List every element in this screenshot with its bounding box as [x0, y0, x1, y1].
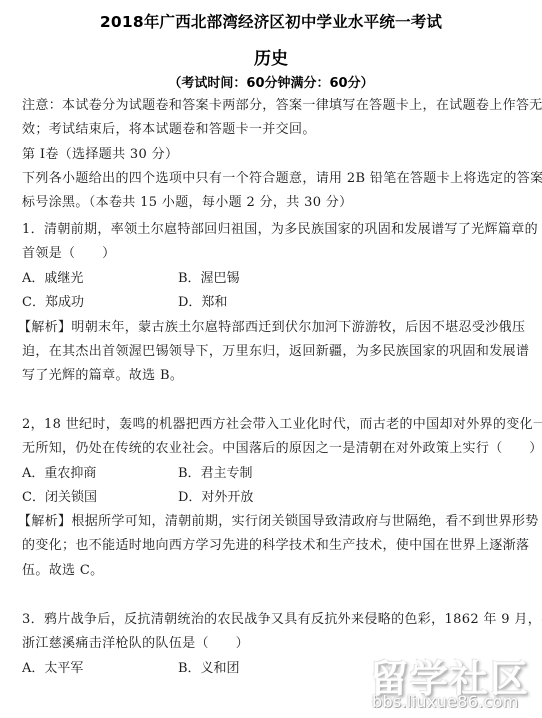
question-2-option-c: C．闭关锁国 — [22, 490, 97, 506]
question-1-stem: 1．清朝前期，率领土尔扈特部回归祖国，为多民族国家的巩固和发展谱写了光辉篇章的 — [22, 222, 538, 238]
question-2-stem: 无所知，仍处在传统的农业社会。中国落后的原因之一是清朝在对外政策上实行（ ） — [22, 441, 542, 457]
question-1-stem: 首领是（ ） — [22, 246, 115, 262]
question-3-option-b: B．义和团 — [178, 661, 240, 677]
question-1-option-d: D．郑和 — [178, 295, 227, 311]
question-2-stem: 2，18 世纪时，轰鸣的机器把西方社会带入工业化时代，而古老的中国却对外界的变化… — [22, 417, 542, 433]
question-1-analysis: 迫，在其杰出首领渥巴锡领导下，万里东归，返回新疆，为多民族国家的巩固和发展谱 — [22, 344, 529, 360]
question-1-option-c: C．郑成功 — [22, 295, 84, 311]
exam-info: （考试时间：60分钟满分：60分） — [0, 72, 542, 91]
question-2-analysis: 的变化；也不能适时地向西方学习先进的科学技术和生产技术，使中国在世界上逐渐落 — [22, 538, 529, 554]
watermark-logo-text: 留学社区 — [370, 648, 530, 703]
question-1-analysis: 【解析】明朝末年，蒙古族土尔扈特部西迁到伏尔加河下游游牧，后因不堪忍受沙俄压 — [18, 320, 525, 336]
question-1-analysis: 写了光辉的篇章。故选 B。 — [22, 368, 183, 384]
question-1-option-a: A．戚继光 — [22, 271, 83, 287]
notice-line: 注意：本试卷分为试题卷和答案卡两部分，答案一律填写在答题卡上，在试题卷上作答无 — [22, 98, 542, 114]
instructions-line: 下列各小题给出的四个选项中只有一个符合题意，请用 2B 铅笔在答题卡上将选定的答… — [22, 171, 542, 187]
question-3-stem: 浙江慈溪痛击洋枪队的队伍是（ ） — [22, 636, 249, 652]
question-3-option-a: A．太平军 — [22, 661, 83, 677]
question-2-option-b: B．君主专制 — [178, 466, 253, 482]
question-2-option-d: D．对外开放 — [178, 490, 253, 506]
watermark: 留学社区 bbs.liuxue86.com — [362, 648, 540, 714]
section-header: 第 Ⅰ卷（选择题共 30 分） — [22, 147, 178, 163]
question-1-option-b: B．渥巴锡 — [178, 271, 240, 287]
watermark-url: bbs.liuxue86.com — [372, 692, 519, 711]
question-2-option-a: A．重农抑商 — [22, 466, 96, 482]
notice-line: 效；考试结束后，将本试题卷和答题卡一并交回。 — [22, 122, 316, 138]
exam-title: 2018年广西北部湾经济区初中学业水平统一考试 — [0, 10, 542, 32]
question-2-analysis: 【解析】根据所学可知，清朝前期，实行闭关锁国导致清政府与世隔绝，看不到世界形势 — [18, 514, 539, 530]
question-3-stem: 3．鸦片战争后，反抗清朝统治的农民战争又具有反抗外来侵略的色彩，1862 年 9… — [22, 612, 542, 628]
question-2-analysis: 伍。故选 C。 — [22, 563, 104, 579]
instructions-line: 标号涂黑。（本卷共 15 小题，每小题 2 分，共 30 分） — [22, 195, 353, 211]
exam-page: 2018年广西北部湾经济区初中学业水平统一考试 历史 （考试时间：60分钟满分：… — [0, 0, 542, 718]
subject-title: 历史 — [0, 44, 542, 69]
